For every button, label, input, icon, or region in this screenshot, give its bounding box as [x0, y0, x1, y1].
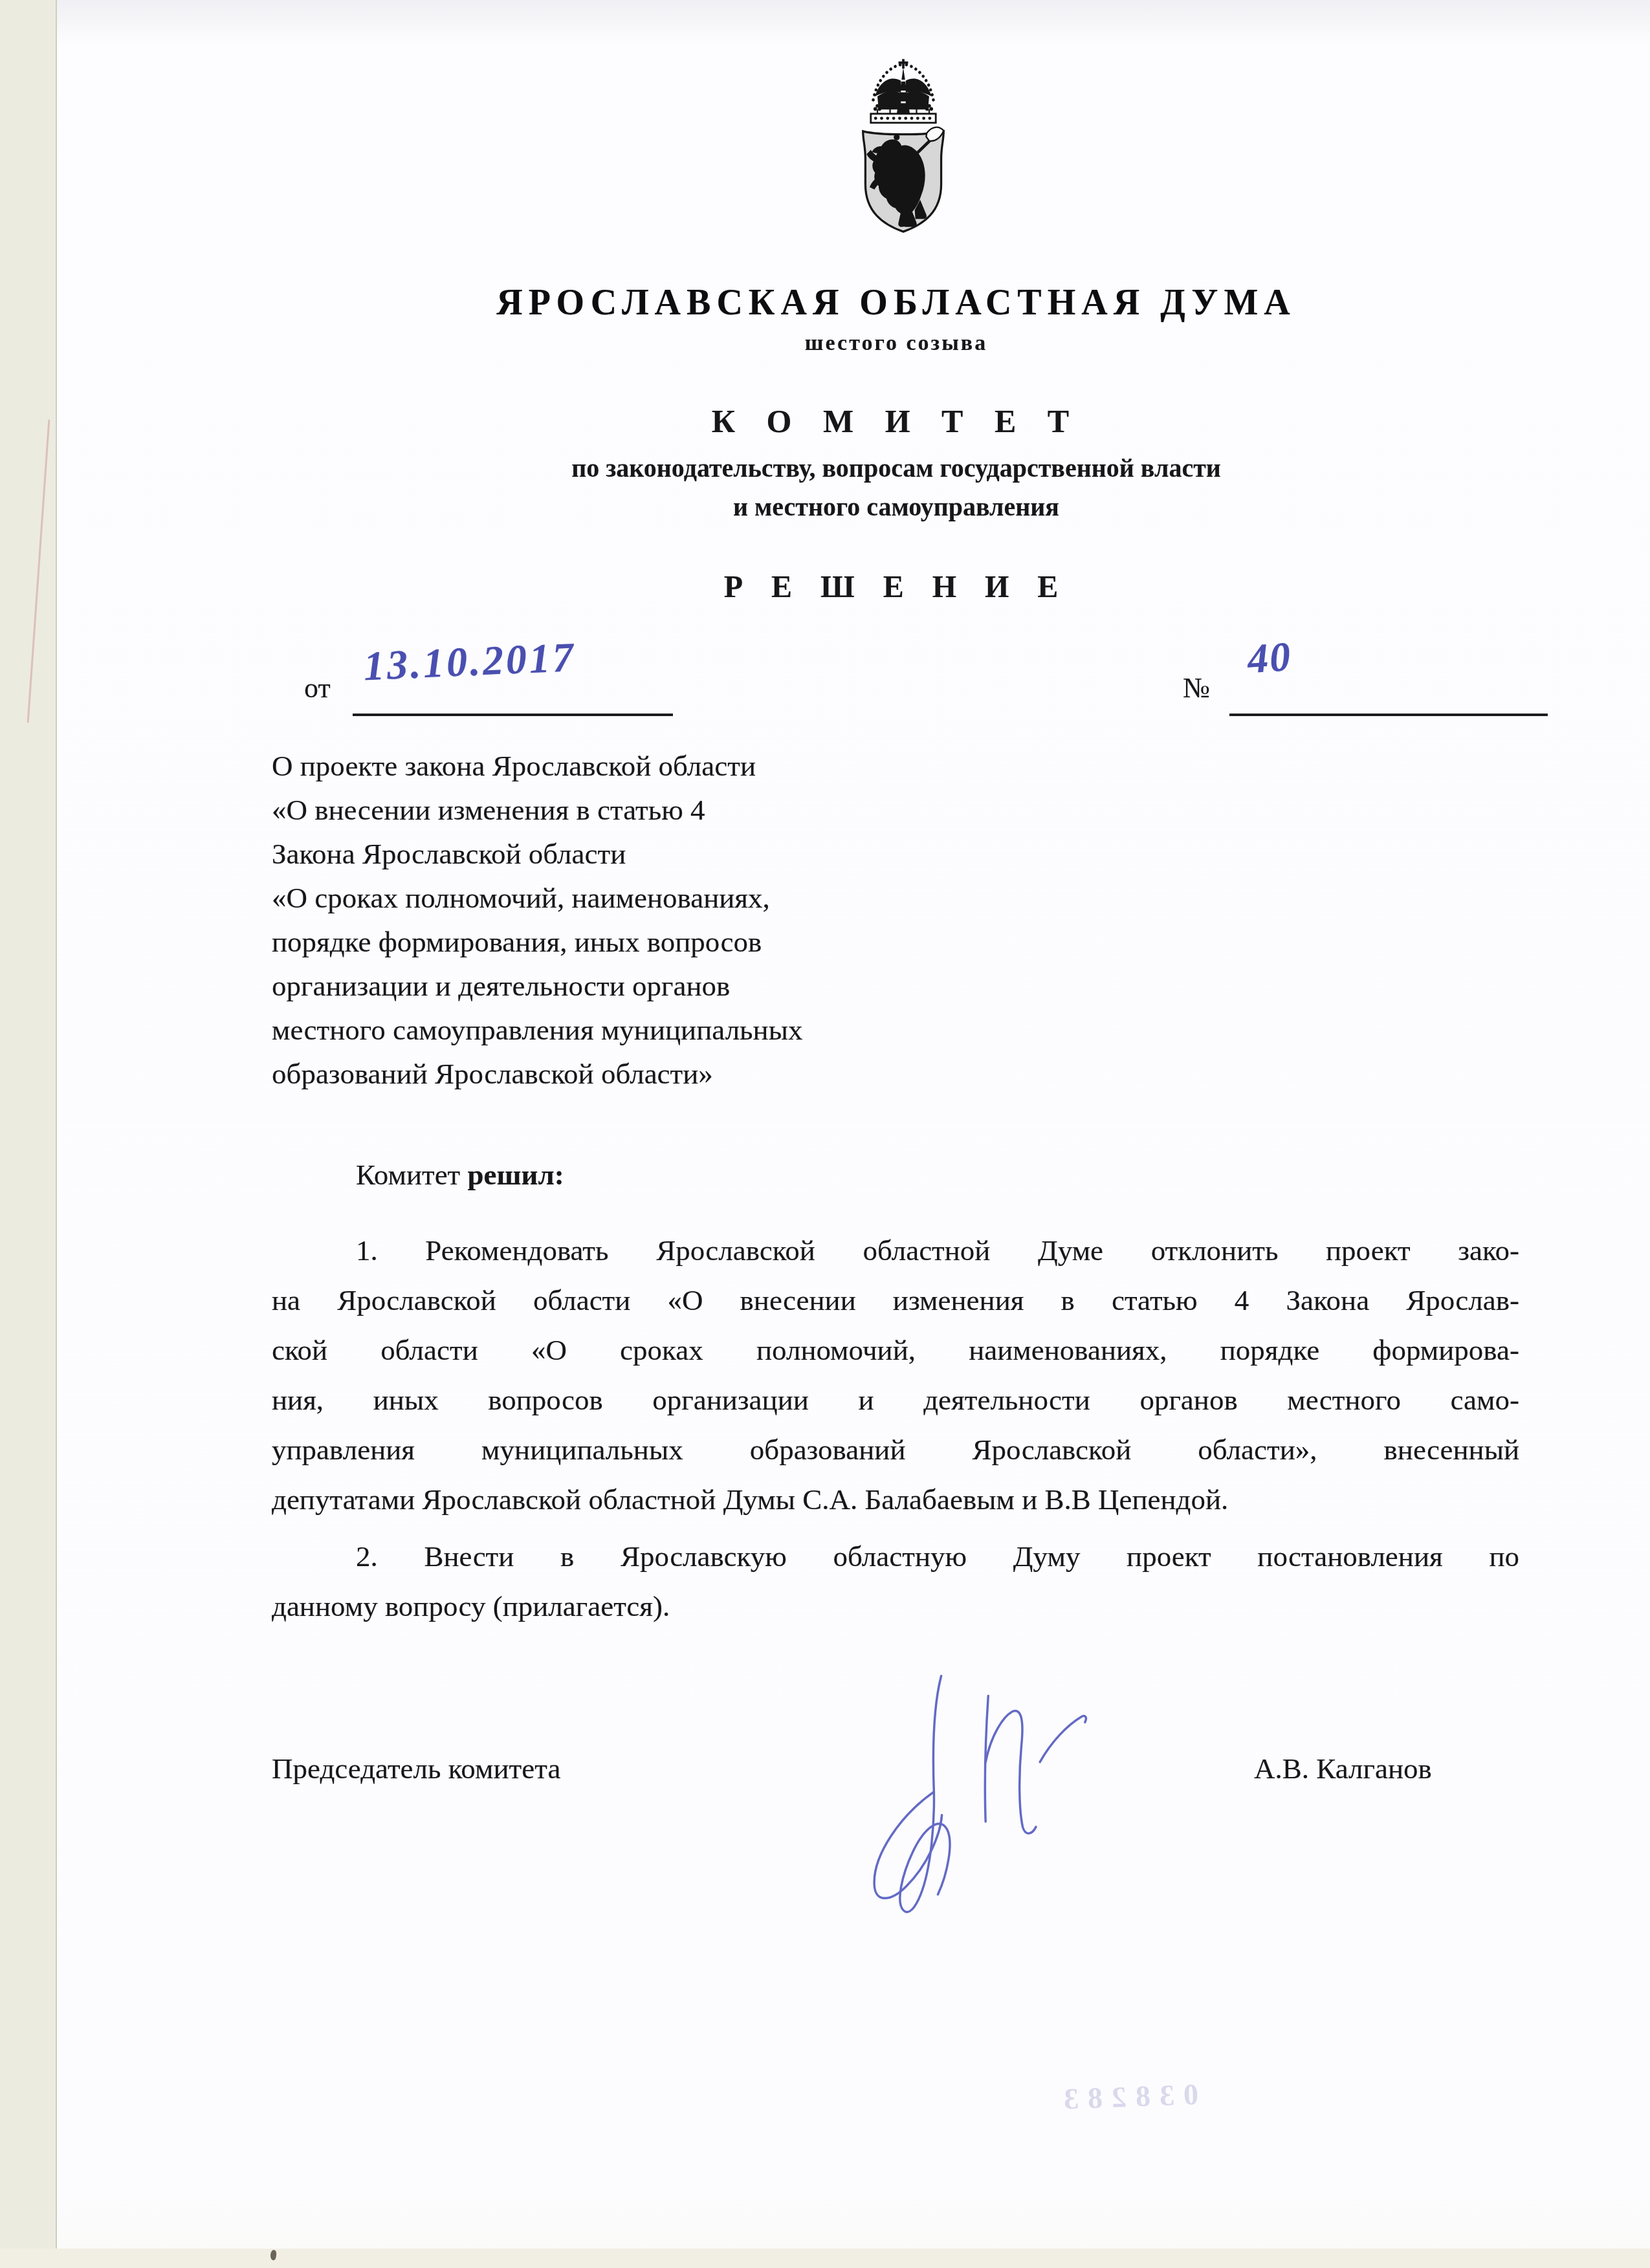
subject-line: «О сроках полномочий, наименованиях,	[272, 876, 1113, 920]
subject-line: местного самоуправления муниципальных	[272, 1008, 1113, 1052]
scanned-document-page: 038283	[0, 0, 1650, 2268]
scanner-edge-bottom	[0, 2249, 1650, 2268]
subject-line: порядке формирования, иных вопросов	[272, 920, 1113, 964]
scanner-edge-left	[0, 0, 57, 2268]
handwritten-date: 13.10.2017	[363, 633, 577, 690]
committee-description-line1: по законодательству, вопросам государств…	[272, 453, 1521, 483]
handwritten-signature	[841, 1656, 1119, 1934]
subject-line: «О внесении изменения в статью 4	[272, 788, 1113, 832]
committee-heading: К О М И Т Е Т	[272, 402, 1521, 440]
body-line: на Ярославской области «О внесении измен…	[272, 1276, 1519, 1325]
resolution-intro-verb: решил:	[468, 1159, 564, 1191]
subject-line: организации и деятельности органов	[272, 964, 1113, 1008]
convocation-subtitle: шестого созыва	[272, 331, 1521, 356]
bleedthrough-stamp-number: 038283	[1004, 2077, 1199, 2118]
organization-title: ЯРОСЛАВСКАЯ ОБЛАСТНАЯ ДУМА	[272, 282, 1521, 323]
resolution-intro: Комитет решил:	[356, 1158, 564, 1192]
paragraph-2: 2. Внести в Ярославскую областную Думу п…	[272, 1532, 1519, 1631]
body-line: данному вопросу (прилагается).	[272, 1582, 1519, 1631]
coat-of-arms-icon	[843, 56, 963, 238]
signatory-role: Председатель комитета	[272, 1752, 560, 1785]
date-label: от	[304, 671, 331, 704]
committee-description-line2: и местного самоуправления	[272, 492, 1521, 522]
body-line: 1. Рекомендовать Ярославской областной Д…	[272, 1226, 1519, 1276]
subject-block: О проекте закона Ярославской области «О …	[272, 744, 1113, 1096]
body-line: ния, иных вопросов организации и деятель…	[272, 1375, 1519, 1425]
number-underline	[1229, 714, 1548, 716]
body-line: ской области «О сроках полномочий, наиме…	[272, 1325, 1519, 1375]
signatory-name: А.В. Калганов	[1254, 1752, 1432, 1785]
body-line: 2. Внести в Ярославскую областную Думу п…	[272, 1532, 1519, 1582]
body-line: депутатами Ярославской областной Думы С.…	[272, 1475, 1519, 1525]
date-underline	[353, 714, 673, 716]
number-label: №	[1183, 671, 1210, 704]
resolution-intro-prefix: Комитет	[356, 1159, 468, 1191]
subject-line: О проекте закона Ярославской области	[272, 744, 1113, 788]
paragraph-1: 1. Рекомендовать Ярославской областной Д…	[272, 1226, 1519, 1525]
body-line: управления муниципальных образований Яро…	[272, 1425, 1519, 1475]
subject-line: Закона Ярославской области	[272, 832, 1113, 876]
handwritten-number: 40	[1246, 633, 1293, 684]
subject-line: образований Ярославской области»	[272, 1052, 1113, 1096]
document-type-heading: Р Е Ш Е Н И Е	[272, 569, 1521, 605]
